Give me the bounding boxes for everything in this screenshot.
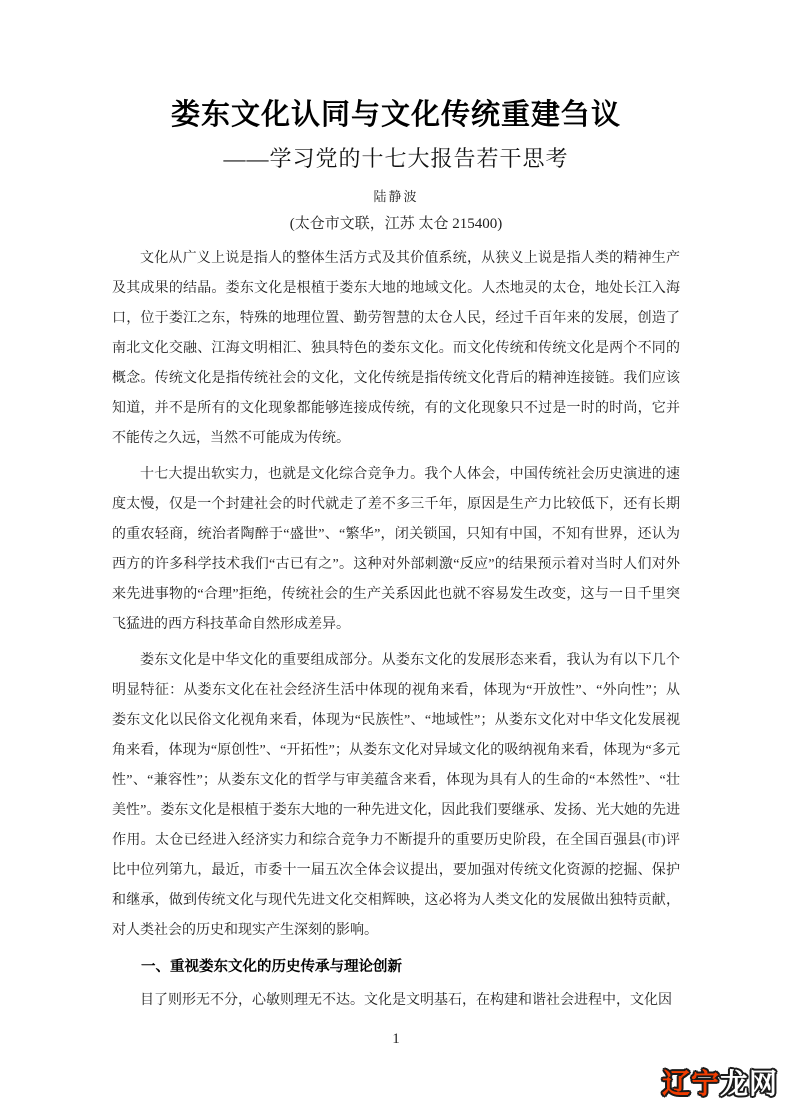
- author-affiliation: (太仓市文联，江苏 太仓 215400): [0, 213, 792, 235]
- watermark-logo: 辽宁龙网: [662, 1069, 778, 1099]
- page-number: 1: [0, 1031, 792, 1048]
- author-name: 陆静波: [0, 188, 792, 206]
- document-body: 文化从广义上说是指人的整体生活方式及其价值系统，从狭义上说是指人类的精神生产及其…: [112, 244, 680, 1016]
- watermark-text-primary: 辽宁: [662, 1068, 720, 1099]
- page-subtitle: ——学习党的十七大报告若干思考: [0, 145, 792, 173]
- page-title: 娄东文化认同与文化传统重建刍议: [0, 97, 792, 134]
- paragraph-3: 娄东文化是中华文化的重要组成部分。从娄东文化的发展形态来看，我认为有以下几个明显…: [112, 646, 680, 946]
- paragraph-4: 目了则形无不分，心敏则理无不达。文化是文明基石，在构建和谐社会进程中，文化因: [112, 986, 680, 1016]
- watermark-text-secondary: 龙网: [720, 1068, 778, 1099]
- paragraph-1: 文化从广义上说是指人的整体生活方式及其价值系统，从狭义上说是指人类的精神生产及其…: [112, 244, 680, 454]
- paragraph-2: 十七大提出软实力，也就是文化综合竞争力。我个人体会，中国传统社会历史演进的速度太…: [112, 460, 680, 640]
- section-heading: 一、重视娄东文化的历史传承与理论创新: [112, 952, 680, 982]
- document-header: 娄东文化认同与文化传统重建刍议 ——学习党的十七大报告若干思考 陆静波 (太仓市…: [0, 0, 792, 235]
